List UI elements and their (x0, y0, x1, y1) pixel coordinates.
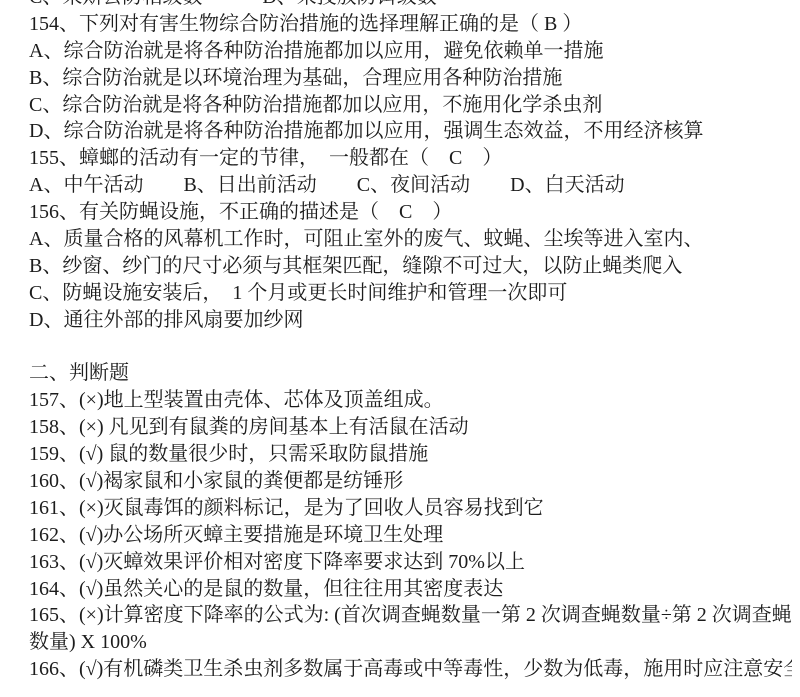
question-156-option-d: D、通往外部的排风扇要加纱网 (29, 307, 792, 334)
question-154-option-b: B、综合防治就是以环境治理为基础，合理应用各种防治措施 (29, 65, 792, 92)
judgment-item-158: 158、(×) 凡见到有鼠粪的房间基本上有活鼠在活动 (29, 414, 792, 441)
question-154-option-a: A、综合防治就是将各种防治措施都加以应用，避免依赖单一措施 (29, 38, 792, 65)
judgment-item-166: 166、(√)有机磷类卫生杀虫剂多数属于高毒或中等毒性，少数为低毒，施用时应注意… (29, 656, 792, 683)
question-155-stem: 155、蟑螂的活动有一定的节律， 一般都在（ C ） (29, 145, 792, 172)
judgment-item-157: 157、(×)地上型装置由壳体、芯体及顶盖组成。 (29, 387, 792, 414)
blank-line (29, 334, 792, 361)
question-156-option-c: C、防蝇设施安装后， 1 个月或更长时间维护和管理一次即可 (29, 280, 792, 307)
question-156-option-a: A、质量合格的风幕机工作时，可阻止室外的废气、蚊蝇、尘埃等进入室内、 (29, 226, 792, 253)
judgment-item-161: 161、(×)灭鼠毒饵的颜料标记，是为了回收人员容易找到它 (29, 495, 792, 522)
exam-document-page: C、采斯公防相级数 D、采投放防饵级数 154、下列对有害生物综合防治措施的选择… (0, 0, 800, 683)
question-154-option-d: D、综合防治就是将各种防治措施都加以应用，强调生态效益，不用经济核算 (29, 118, 792, 145)
judgment-section-heading: 二、判断题 (29, 360, 792, 387)
judgment-item-164: 164、(√)虽然关心的是鼠的数量，但往往用其密度表达 (29, 576, 792, 603)
question-155-options: A、中午活动 B、日出前活动 C、夜间活动 D、白天活动 (29, 172, 792, 199)
judgment-item-160: 160、(√)褐家鼠和小家鼠的粪便都是纺锤形 (29, 468, 792, 495)
judgment-item-163: 163、(√)灭蟑效果评价相对密度下降率要求达到 70%以上 (29, 549, 792, 576)
judgment-item-165-line1: 165、(×)计算密度下降率的公式为: (首次调查蝇数量一第 2 次调查蝇数量÷… (29, 602, 792, 629)
judgment-item-165-line2: 数量) X 100% (29, 629, 792, 656)
clipped-previous-question-options: C、采斯公防相级数 D、采投放防饵级数 (29, 0, 792, 11)
question-156-stem: 156、有关防蝇设施，不正确的描述是（ C ） (29, 199, 792, 226)
judgment-item-162: 162、(√)办公场所灭蟑主要措施是环境卫生处理 (29, 522, 792, 549)
question-154-option-c: C、综合防治就是将各种防治措施都加以应用，不施用化学杀虫剂 (29, 92, 792, 119)
question-154-stem: 154、下列对有害生物综合防治措施的选择理解正确的是（ B ） (29, 11, 792, 38)
judgment-item-159: 159、(√) 鼠的数量很少时，只需采取防鼠措施 (29, 441, 792, 468)
question-156-option-b: B、纱窗、纱门的尺寸必须与其框架匹配，缝隙不可过大，以防止蝇类爬入 (29, 253, 792, 280)
